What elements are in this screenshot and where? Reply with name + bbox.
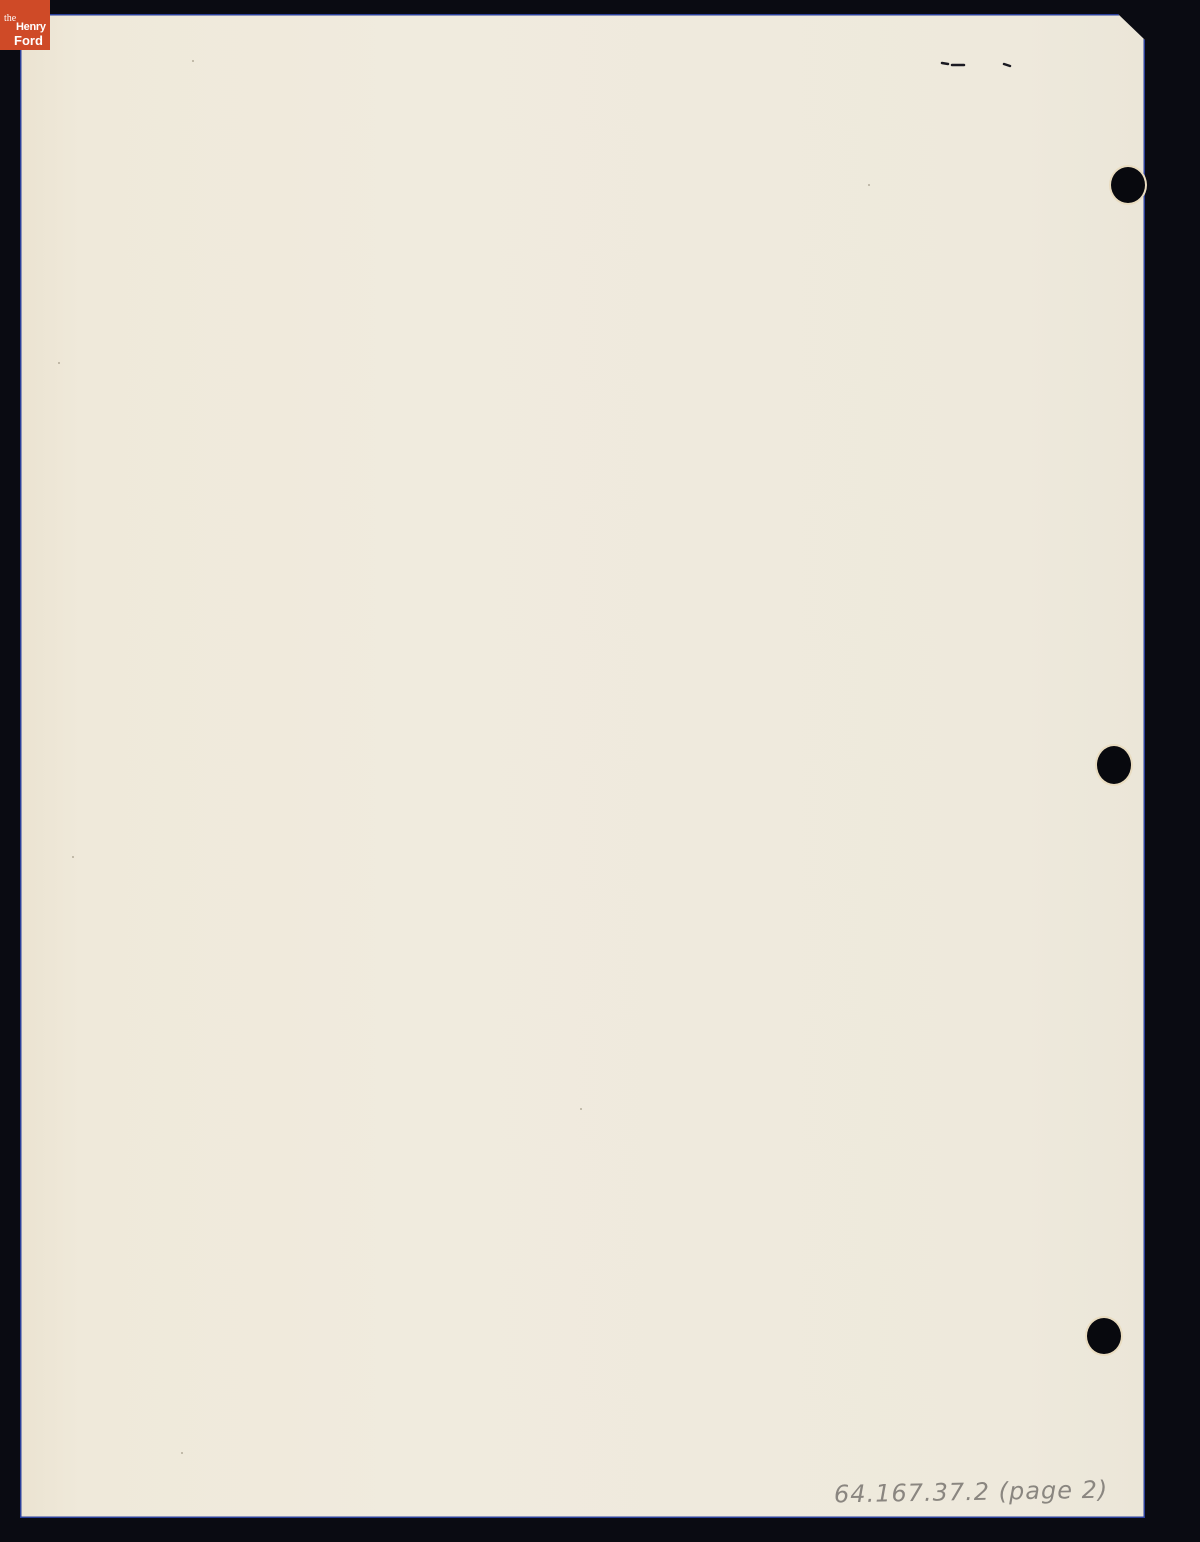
staple-holes-icon [940, 60, 1020, 68]
catalog-number-note: 64.167.37.2 (page 2) [834, 1476, 1109, 1509]
punch-hole-bottom [1087, 1318, 1121, 1354]
punch-hole-top [1111, 167, 1145, 203]
henry-ford-logo: the Henry Ford [0, 0, 50, 50]
paper-speck [58, 362, 60, 364]
punch-hole-middle [1097, 746, 1131, 784]
logo-henry: Henry [16, 22, 46, 33]
paper-sheet [20, 14, 1145, 1518]
paper-speck [72, 856, 74, 858]
logo-ford: Ford [14, 34, 43, 47]
paper-speck [181, 1452, 183, 1454]
paper-speck [580, 1108, 582, 1110]
paper-speck [868, 184, 870, 186]
paper-speck [192, 60, 194, 62]
logo-the: the [4, 14, 16, 24]
